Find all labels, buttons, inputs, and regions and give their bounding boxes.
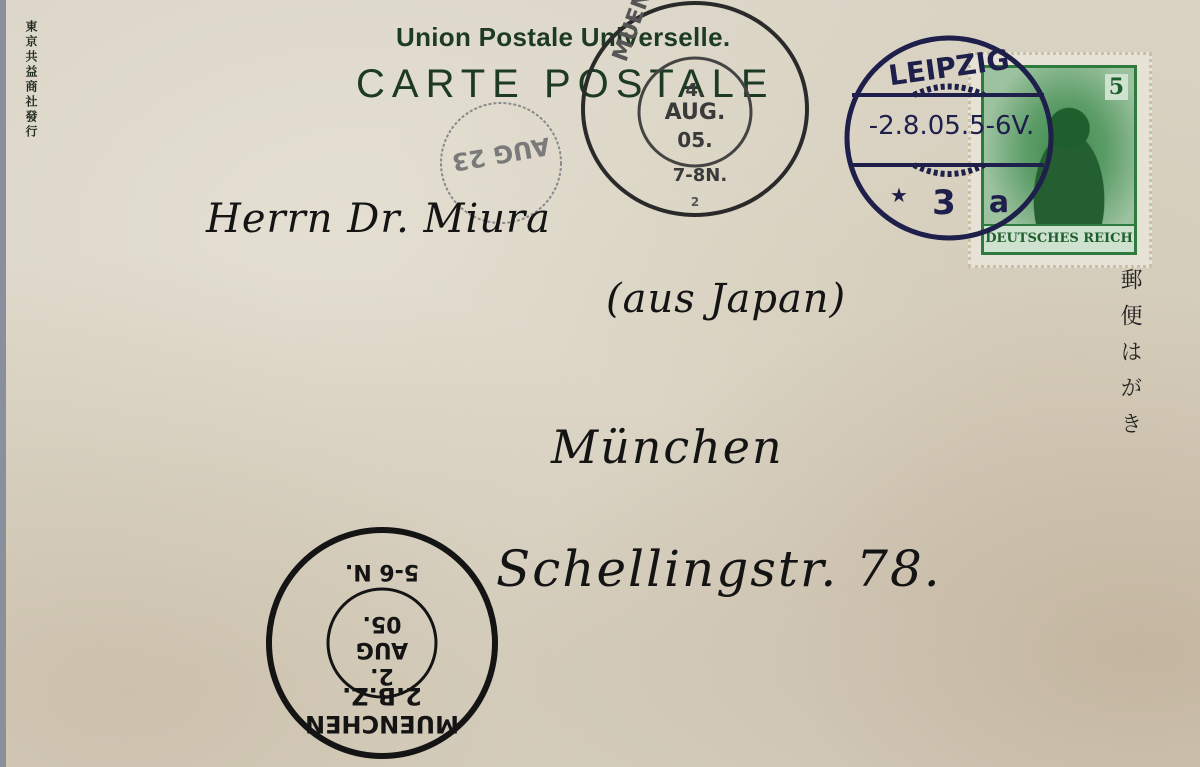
address-street: Schellingstr. 78.: [496, 540, 942, 598]
munich-top-time: 7-8N.: [650, 165, 750, 186]
munich-bz-month: AUG: [352, 637, 412, 662]
address-origin: (aus Japan): [606, 276, 846, 322]
leipzig-office-number: 3: [929, 183, 959, 223]
munich-top-year: 05.: [665, 128, 725, 152]
leipzig-suffix: a: [984, 185, 1014, 220]
postcard: 東京共益商社發行 Union Postale Universelle. CART…: [6, 0, 1200, 767]
address-recipient: Herrn Dr. Miura: [206, 196, 551, 242]
address-city: München: [551, 420, 784, 474]
munich-top-day: 4.: [665, 80, 725, 101]
munich-bz-year: 05.: [352, 611, 412, 636]
publisher-imprint: 東京共益商社發行: [23, 20, 40, 140]
leipzig-date: -2.8.05.5-6V.: [854, 111, 1049, 141]
munich-bz-postmark: MUENCHEN 2.B.Z. 2. AUG 05. 5-6 N.: [264, 526, 500, 760]
stamp-denomination: 5: [1105, 74, 1128, 100]
leipzig-star-icon: ★: [889, 183, 909, 207]
japanese-postcard-label: 郵便はがき: [1114, 268, 1145, 448]
munich-top-code: 2: [685, 195, 705, 209]
munich-bz-day: 2.: [362, 663, 402, 688]
munich-bz-city: MUENCHEN 2.B.Z.: [294, 682, 470, 738]
leipzig-postmark: LEIPZIG -2.8.05.5-6V. ★ 3 a: [844, 33, 1064, 243]
munich-bz-time: 5-6 N.: [322, 559, 442, 584]
munich-top-month: AUG.: [655, 100, 735, 125]
munich-postmark-top: MUENCHEN 4. AUG. 05. 7-8N. 2: [580, 0, 810, 218]
